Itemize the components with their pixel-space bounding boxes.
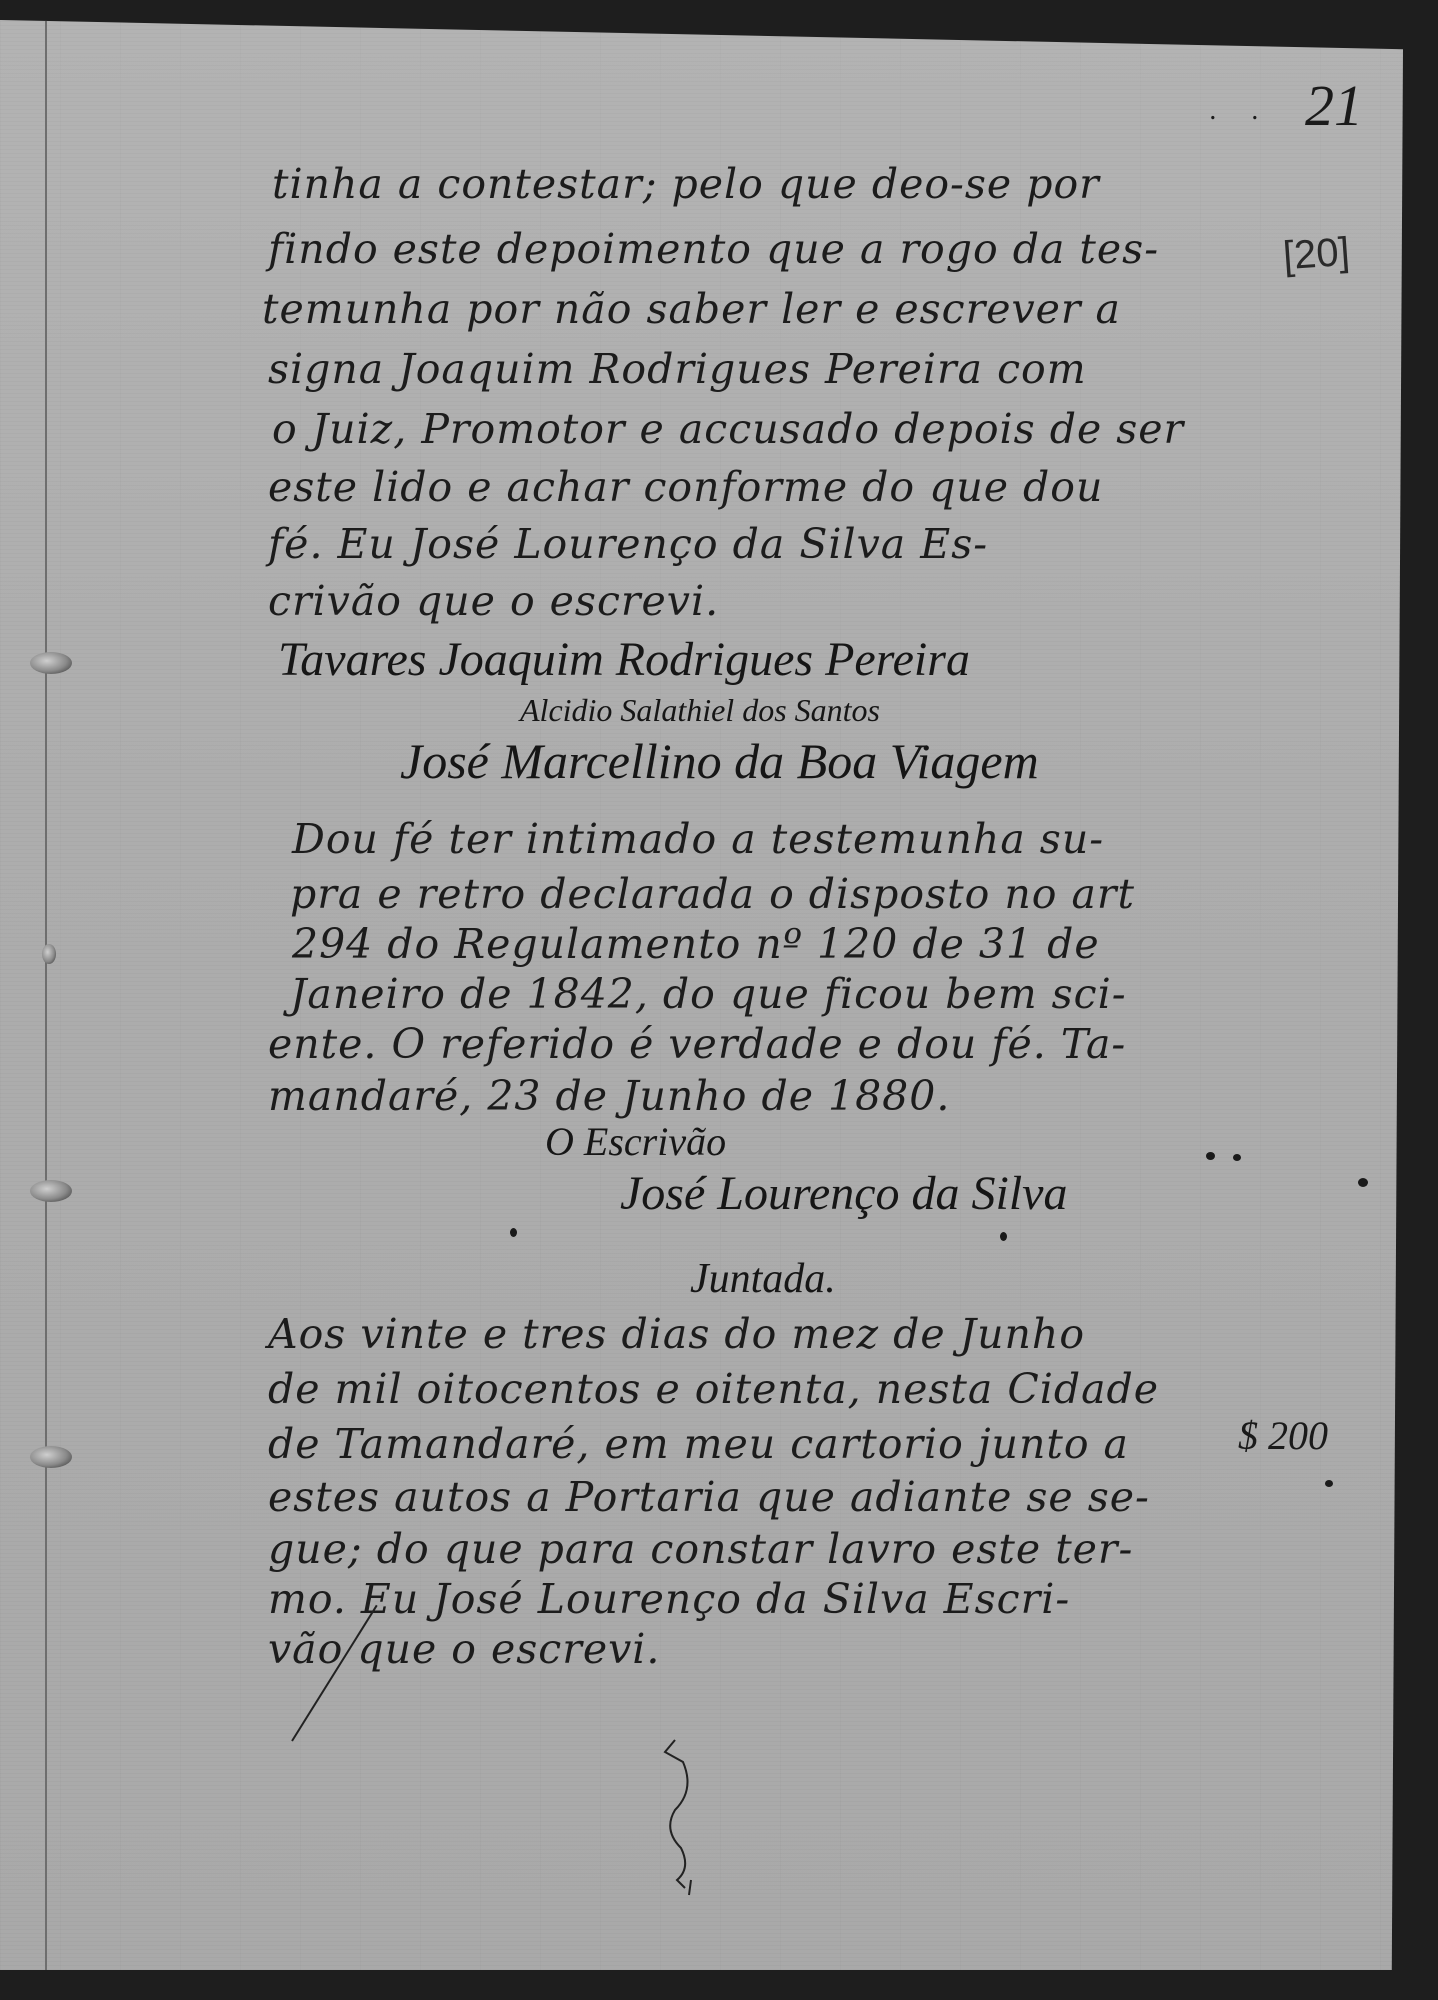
ink-dot (1210, 100, 1217, 107)
text-line: Janeiro de 1842, do que ficou bem sci- (290, 970, 1127, 1018)
ink-dot (1358, 1178, 1368, 1187)
text-line: ente. O referido é verdade e dou fé. Ta- (268, 1020, 1126, 1068)
folio-number: 21 (1305, 72, 1363, 139)
text-line: findo este depoimento que a rogo da tes- (268, 225, 1159, 273)
text-line: mandaré, 23 de Junho de 1880. (268, 1072, 950, 1120)
ink-dot (1000, 1232, 1007, 1241)
text-line: de mil oitocentos e oitenta, nesta Cidad… (268, 1365, 1159, 1413)
clerk-signature: José Lourenço da Silva (620, 1166, 1067, 1221)
binding-hole (30, 1446, 72, 1468)
binding-hole (30, 652, 72, 674)
binding-hole (30, 1180, 72, 1202)
closing-flourish-icon (655, 1730, 715, 1900)
signature-accused: José Marcellino da Boa Viagem (400, 732, 1039, 790)
text-line: mo. Eu José Lourenço da Silva Escri- (268, 1575, 1070, 1623)
text-line: fé. Eu José Lourenço da Silva Es- (268, 520, 988, 568)
text-line: Aos vinte e tres dias do mez de Junho (268, 1310, 1085, 1358)
text-line: signa Joaquim Rodrigues Pereira com (268, 345, 1087, 393)
signature-promotor: Alcidio Salathiel dos Santos (520, 692, 880, 729)
archive-page-number: [20] (1282, 230, 1352, 280)
text-line: tinha a contestar; pelo que deo-se por (272, 160, 1100, 208)
text-line: este lido e achar conforme do que dou (268, 463, 1103, 511)
text-line: crivão que o escrevi. (268, 577, 719, 625)
text-line: Dou fé ter intimado a testemunha su- (292, 815, 1104, 863)
text-line: 294 do Regulamento nº 120 de 31 de (292, 920, 1100, 968)
ink-dot (1325, 1480, 1333, 1487)
binding-hole (42, 944, 56, 964)
signature-witness: Tavares Joaquim Rodrigues Pereira (278, 632, 970, 687)
manuscript-page: . . 21 [20] tinha a contestar; pelo que … (0, 20, 1403, 1970)
ink-dot (1206, 1152, 1215, 1160)
text-line: temunha por não saber ler e escrever a (262, 285, 1121, 333)
text-line: estes autos a Portaria que adiante se se… (268, 1473, 1150, 1521)
binding-margin-line (45, 20, 47, 1970)
text-line: vão que o escrevi. (268, 1625, 660, 1673)
clerk-title: O Escrivão (545, 1118, 726, 1165)
scanned-document: . . 21 [20] tinha a contestar; pelo que … (0, 0, 1438, 2000)
text-line: gue; do que para constar lavro este ter- (268, 1525, 1133, 1573)
text-line: o Juiz, Promotor e accusado depois de se… (272, 405, 1184, 453)
ink-dot (1233, 1154, 1241, 1161)
fee-annotation: $ 200 (1238, 1412, 1328, 1459)
text-line: de Tamandaré, em meu cartorio junto a (268, 1420, 1129, 1468)
juntada-heading: Juntada. (690, 1255, 836, 1303)
text-line: pra e retro declarada o disposto no art (290, 870, 1135, 918)
ink-dot (510, 1228, 517, 1237)
folio-dots: . . (1210, 95, 1273, 127)
